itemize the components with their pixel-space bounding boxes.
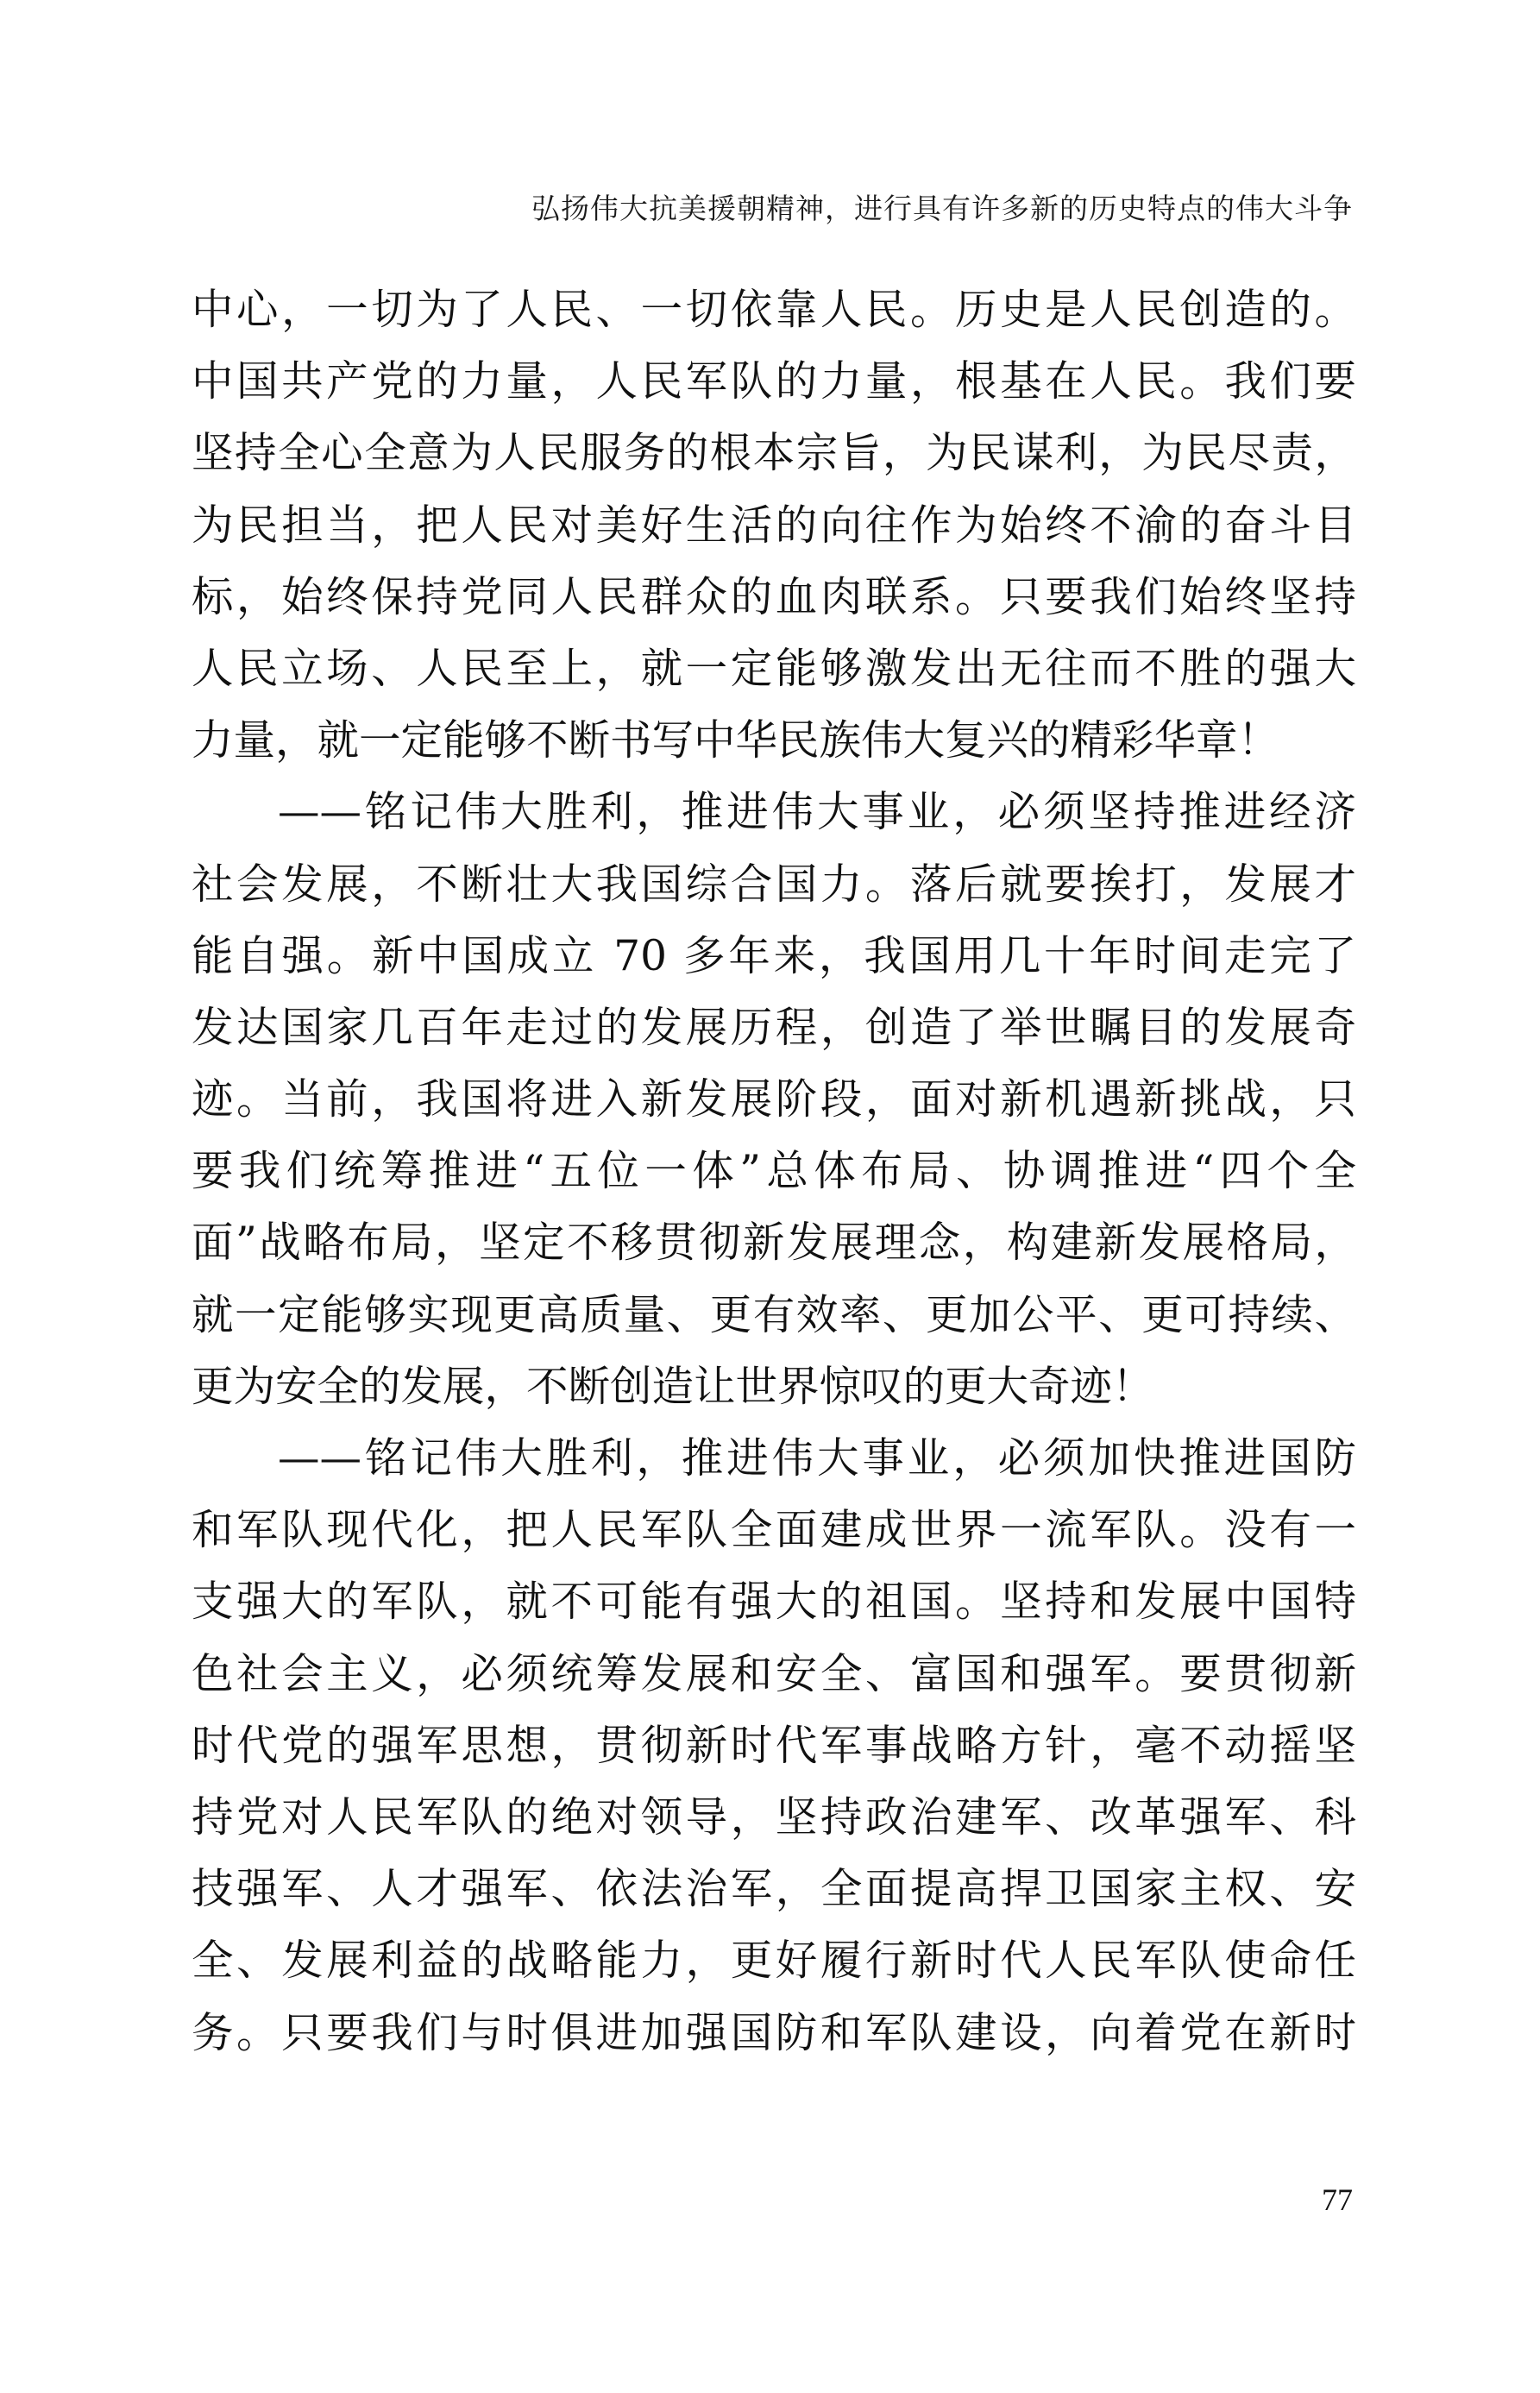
text-line: 持党对人民军队的绝对领导，坚持政治建军、改革强军、科 <box>192 1782 1356 1854</box>
text-line: 时代党的强军思想，贯彻新时代军事战略方针，毫不动摇坚 <box>192 1710 1356 1782</box>
text-line: 色社会主义，必须统筹发展和安全、富国和强军。要贯彻新 <box>192 1639 1356 1710</box>
text-line: 技强军、人才强军、依法治军，全面提高捍卫国家主权、安 <box>192 1854 1356 1925</box>
body-text: 中心，一切为了人民、一切依靠人民。历史是人民创造的。 中国共产党的力量，人民军队… <box>192 274 1356 2069</box>
text-line: 要我们统筹推进“五位一体”总体布局、协调推进“四个全 <box>192 1136 1356 1207</box>
running-head: 弘扬伟大抗美援朝精神，进行具有许多新的历史特点的伟大斗争 <box>431 192 1353 226</box>
text-line: 标，始终保持党同人民群众的血肉联系。只要我们始终坚持 <box>192 562 1356 633</box>
text-line: 更为安全的发展，不断创造让世界惊叹的更大奇迹！ <box>192 1351 1356 1423</box>
text-line: 人民立场、人民至上，就一定能够激发出无往而不胜的强大 <box>192 633 1356 705</box>
text-line: 社会发展，不断壮大我国综合国力。落后就要挨打，发展才 <box>192 849 1356 921</box>
text-line: 全、发展利益的战略能力，更好履行新时代人民军队使命任 <box>192 1925 1356 1997</box>
text-line: 就一定能够实现更高质量、更有效率、更加公平、更可持续、 <box>192 1280 1356 1351</box>
page-number: 77 <box>1311 2182 1353 2218</box>
text-line: 中心，一切为了人民、一切依靠人民。历史是人民创造的。 <box>192 274 1356 346</box>
text-line: 发达国家几百年走过的发展历程，创造了举世瞩目的发展奇 <box>192 992 1356 1064</box>
text-line: 面”战略布局，坚定不移贯彻新发展理念，构建新发展格局， <box>192 1207 1356 1279</box>
paragraph-start-line: ——铭记伟大胜利，推进伟大事业，必须加快推进国防 <box>192 1423 1356 1495</box>
text-line: 和军队现代化，把人民军队全面建成世界一流军队。没有一 <box>192 1495 1356 1566</box>
paragraph-start-line: ——铭记伟大胜利，推进伟大事业，必须坚持推进经济 <box>192 777 1356 848</box>
text-line: 坚持全心全意为人民服务的根本宗旨，为民谋利，为民尽责， <box>192 418 1356 489</box>
book-page: 弘扬伟大抗美援朝精神，进行具有许多新的历史特点的伟大斗争 中心，一切为了人民、一… <box>0 0 1540 2393</box>
text-line: 务。只要我们与时俱进加强国防和军队建设，向着党在新时 <box>192 1998 1356 2069</box>
text-line: 为民担当，把人民对美好生活的向往作为始终不渝的奋斗目 <box>192 490 1356 562</box>
text-line: 能自强。新中国成立 70 多年来，我国用几十年时间走完了 <box>192 921 1356 992</box>
text-line: 支强大的军队，就不可能有强大的祖国。坚持和发展中国特 <box>192 1566 1356 1638</box>
text-line: 中国共产党的力量，人民军队的力量，根基在人民。我们要 <box>192 346 1356 418</box>
text-line: 力量，就一定能够不断书写中华民族伟大复兴的精彩华章！ <box>192 705 1356 777</box>
text-line: 迹。当前，我国将进入新发展阶段，面对新机遇新挑战，只 <box>192 1064 1356 1136</box>
